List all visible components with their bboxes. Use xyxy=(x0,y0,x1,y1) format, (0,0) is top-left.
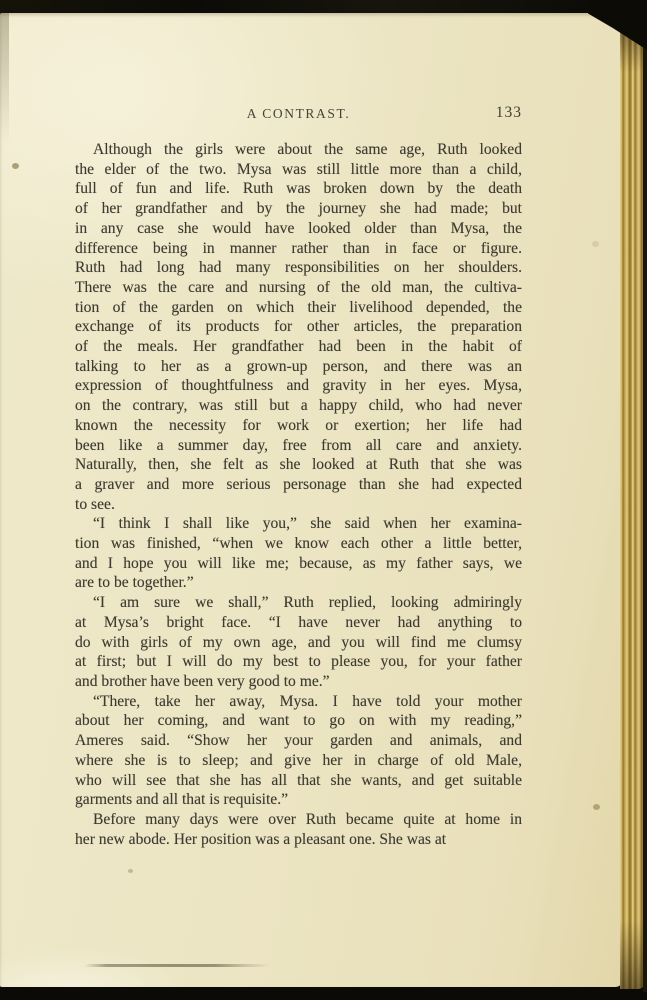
text-line: her new abode. Her position was a pleasa… xyxy=(75,830,522,850)
text-line: expression of thoughtfulness and gravity… xyxy=(75,376,522,396)
paper-speck xyxy=(592,241,599,247)
chapter-running-title: A CONTRAST. xyxy=(75,106,522,122)
text-line: Ameres said. “Show her your garden and a… xyxy=(75,731,522,751)
book-page: A CONTRAST. 133 Although the girls were … xyxy=(0,13,624,987)
text-line: tion of the garden on which their liveli… xyxy=(75,298,522,318)
scan-artifact-line xyxy=(84,964,270,967)
text-line: do with girls of my own age, and you wil… xyxy=(75,633,522,653)
text-line: Ruth had long had many responsibilities … xyxy=(75,258,522,278)
text-line: difference being in manner rather than i… xyxy=(75,239,522,259)
scanned-book-photo: A CONTRAST. 133 Although the girls were … xyxy=(0,0,647,1000)
paragraph: Although the girls were about the same a… xyxy=(75,140,522,514)
paragraph: “There, take her away, Mysa. I have told… xyxy=(75,692,522,810)
running-head: A CONTRAST. 133 xyxy=(75,106,522,126)
text-line: been like a summer day, free from all ca… xyxy=(75,436,522,456)
paragraph: “I am sure we shall,” Ruth replied, look… xyxy=(75,593,522,692)
page-number: 133 xyxy=(496,104,522,122)
text-line: tion was finished, “when we know each ot… xyxy=(75,534,522,554)
text-line: and brother have been very good to me.” xyxy=(75,672,522,692)
text-line: full of fun and life. Ruth was broken do… xyxy=(75,179,522,199)
text-line: “I am sure we shall,” Ruth replied, look… xyxy=(75,593,522,613)
text-line: Naturally, then, she felt as she looked … xyxy=(75,455,522,475)
text-line: of the meals. Her grandfather had been i… xyxy=(75,337,522,357)
text-line: the elder of the two. Mysa was still lit… xyxy=(75,160,522,180)
text-line: garments and all that is requisite.” xyxy=(75,790,522,810)
page-edges-shadow xyxy=(643,20,647,992)
text-line: at first; but I will do my best to pleas… xyxy=(75,652,522,672)
text-line: There was the care and nursing of the ol… xyxy=(75,278,522,298)
backdrop xyxy=(0,0,647,14)
text-line: where she is to sleep; and give her in c… xyxy=(75,751,522,771)
text-line: a graver and more serious personage than… xyxy=(75,475,522,495)
text-line: talking to her as a grown-up person, and… xyxy=(75,357,522,377)
text-line: about her coming, and want to go on with… xyxy=(75,711,522,731)
text-line: at Mysa’s bright face. “I have never had… xyxy=(75,613,522,633)
paper-speck xyxy=(12,163,19,169)
paper-speck xyxy=(593,804,600,810)
text-line: Before many days were over Ruth became q… xyxy=(75,810,522,830)
text-line: to see. xyxy=(75,495,522,515)
paragraph: Before many days were over Ruth became q… xyxy=(75,810,522,849)
text-line: in any case she would have looked older … xyxy=(75,219,522,239)
text-line: exchange of its products for other artic… xyxy=(75,317,522,337)
text-line: of her grandfather and by the journey sh… xyxy=(75,199,522,219)
text-line: known the necessity for work or exertion… xyxy=(75,416,522,436)
text-line: Although the girls were about the same a… xyxy=(75,140,522,160)
text-line: “I think I shall like you,” she said whe… xyxy=(75,514,522,534)
text-line: and I hope you will like me; because, as… xyxy=(75,554,522,574)
paper-speck xyxy=(128,869,133,873)
text-line: on the contrary, was still but a happy c… xyxy=(75,396,522,416)
text-block: Although the girls were about the same a… xyxy=(75,140,522,849)
text-line: are to be together.” xyxy=(75,573,522,593)
text-line: who will see that she has all that she w… xyxy=(75,771,522,791)
text-line: “There, take her away, Mysa. I have told… xyxy=(75,692,522,712)
page-edges xyxy=(620,24,645,989)
paragraph: “I think I shall like you,” she said whe… xyxy=(75,514,522,593)
